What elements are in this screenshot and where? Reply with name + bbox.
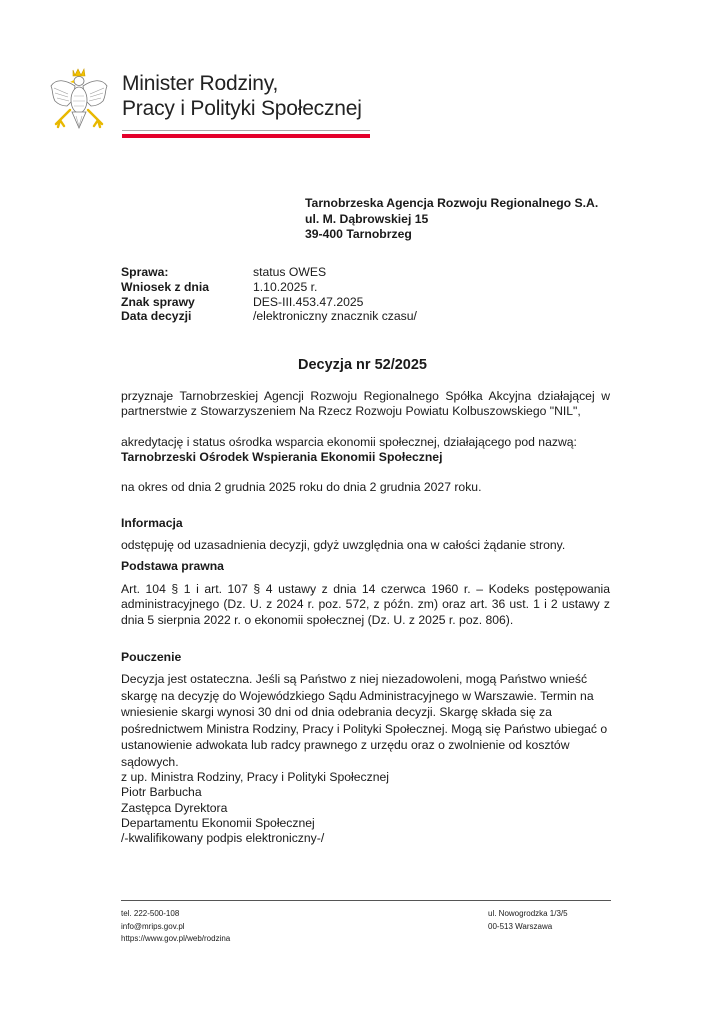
addressee-block: Tarnobrzeska Agencja Rozwoju Regionalneg… — [305, 196, 598, 243]
polish-eagle-emblem-icon — [48, 66, 110, 138]
decision-title: Decyzja nr 52/2025 — [0, 357, 725, 373]
addressee-city: 39-400 Tarnobrzeg — [305, 227, 598, 243]
meta-label: Sprawa: — [121, 265, 253, 280]
decision-paragraph-accreditation: akredytację i status ośrodka wsparcia ek… — [121, 435, 610, 466]
section-text-podstawa: Art. 104 § 1 i art. 107 § 4 ustawy z dni… — [121, 582, 610, 628]
signature-name: Piotr Barbucha — [121, 785, 389, 800]
section-heading-pouczenie: Pouczenie — [121, 650, 181, 664]
signature-department: Departamentu Ekonomii Społecznej — [121, 816, 389, 831]
meta-value: /elektroniczny znacznik czasu/ — [253, 309, 417, 324]
meta-row-data: Data decyzji /elektroniczny znacznik cza… — [121, 309, 417, 324]
meta-row-wniosek: Wniosek z dnia 1.10.2025 r. — [121, 280, 417, 295]
signature-position: Zastępca Dyrektora — [121, 801, 389, 816]
footer-address: ul. Nowogrodzka 1/3/5 00-513 Warszawa — [488, 908, 568, 933]
center-name: Tarnobrzeski Ośrodek Wspierania Ekonomii… — [121, 450, 610, 465]
decision-paragraph-grant: przyznaje Tarnobrzeskiej Agencji Rozwoju… — [121, 389, 610, 420]
meta-label: Data decyzji — [121, 309, 253, 324]
decision-paragraph-period: na okres od dnia 2 grudnia 2025 roku do … — [121, 480, 610, 495]
case-meta-table: Sprawa: status OWES Wniosek z dnia 1.10.… — [121, 265, 417, 324]
header-grey-rule — [122, 130, 370, 131]
footer-phone: tel. 222-500-108 — [121, 908, 230, 921]
accreditation-text: akredytację i status ośrodka wsparcia ek… — [121, 435, 610, 450]
footer-website[interactable]: https://www.gov.pl/web/rodzina — [121, 933, 230, 946]
ministry-name-line1: Minister Rodziny, — [122, 71, 362, 96]
signature-authority: z up. Ministra Rodziny, Pracy i Polityki… — [121, 770, 389, 785]
ministry-name-line2: Pracy i Polityki Społecznej — [122, 96, 362, 121]
ministry-name: Minister Rodziny, Pracy i Polityki Społe… — [122, 71, 362, 121]
addressee-name: Tarnobrzeska Agencja Rozwoju Regionalneg… — [305, 196, 598, 212]
section-heading-informacja: Informacja — [121, 516, 183, 530]
meta-value: 1.10.2025 r. — [253, 280, 317, 295]
signature-e-sign: /-kwalifikowany podpis elektroniczny-/ — [121, 831, 389, 846]
signature-block: z up. Ministra Rodziny, Pracy i Polityki… — [121, 770, 389, 846]
meta-row-znak: Znak sprawy DES-III.453.47.2025 — [121, 295, 417, 310]
footer-contact: tel. 222-500-108 info@mrips.gov.pl https… — [121, 908, 230, 946]
section-text-pouczenie: Decyzja jest ostateczna. Jeśli są Państw… — [121, 671, 610, 771]
section-text-informacja: odstępuję od uzasadnienia decyzji, gdyż … — [121, 538, 610, 553]
footer-email[interactable]: info@mrips.gov.pl — [121, 921, 230, 934]
footer-city: 00-513 Warszawa — [488, 921, 568, 934]
meta-row-sprawa: Sprawa: status OWES — [121, 265, 417, 280]
meta-value: status OWES — [253, 265, 326, 280]
footer-rule — [121, 900, 611, 901]
meta-value: DES-III.453.47.2025 — [253, 295, 363, 310]
header-red-rule — [122, 134, 370, 138]
meta-label: Wniosek z dnia — [121, 280, 253, 295]
section-heading-podstawa: Podstawa prawna — [121, 559, 224, 573]
meta-label: Znak sprawy — [121, 295, 253, 310]
addressee-street: ul. M. Dąbrowskiej 15 — [305, 212, 598, 228]
footer-street: ul. Nowogrodzka 1/3/5 — [488, 908, 568, 921]
